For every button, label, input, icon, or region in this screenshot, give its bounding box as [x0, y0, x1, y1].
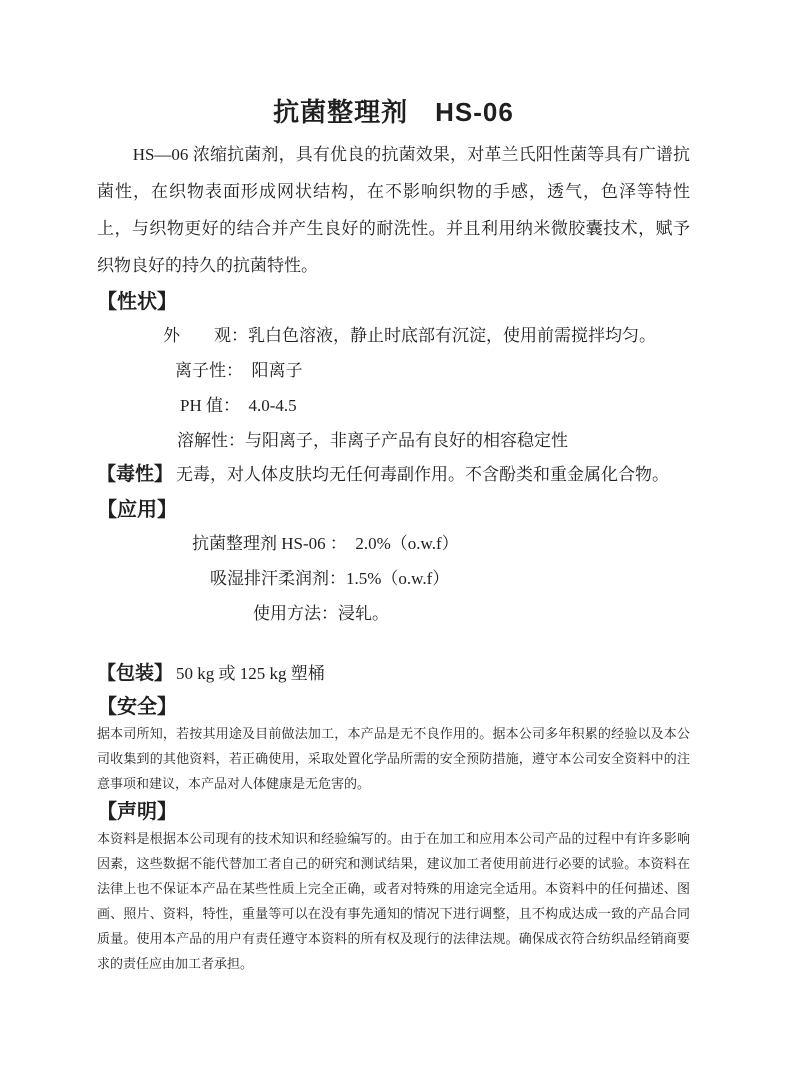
intro-paragraph: HS—06 浓缩抗菌剂，具有优良的抗菌效果，对革兰氏阳性菌等具有广谱抗菌性，在织…: [97, 136, 690, 284]
declaration-paragraph: 本资料是根据本公司现有的技术知识和经验编写的。由于在加工和应用本公司产品的过程中…: [97, 826, 690, 976]
section-packaging: 【包装】50 kg 或 125 kg 塑桶: [97, 657, 690, 691]
page-title: 抗菌整理剂 HS-06: [97, 94, 690, 130]
section-gap: [97, 631, 690, 657]
property-appearance: 外 观：乳白色溶液，静止时底部有沉淀，使用前需搅拌均匀。: [97, 318, 690, 353]
packaging-text: 50 kg 或 125 kg 塑桶: [176, 664, 325, 683]
property-ionicity: 离子性： 阳离子: [97, 353, 690, 388]
application-line-softener-dosage: 吸湿排汗柔润剂：1.5%（o.w.f）: [97, 561, 690, 596]
section-heading-packaging: 【包装】: [97, 663, 173, 684]
toxicity-text: 无毒，对人体皮肤均无任何毒副作用。不含酚类和重金属化合物。: [176, 465, 669, 484]
section-heading-properties: 【性状】: [97, 286, 690, 318]
section-heading-application: 【应用】: [97, 494, 690, 526]
section-heading-toxicity: 【毒性】: [97, 464, 173, 485]
safety-paragraph: 据本司所知，若按其用途及目前做法加工，本产品是无不良作用的。据本公司多年积累的经…: [97, 721, 690, 796]
section-toxicity: 【毒性】无毒，对人体皮肤均无任何毒副作用。不含酚类和重金属化合物。: [97, 458, 690, 492]
property-ph-value: PH 值： 4.0-4.5: [97, 388, 690, 423]
property-solubility: 溶解性：与阳离子，非离子产品有良好的相容稳定性: [97, 423, 690, 458]
section-heading-declaration: 【声明】: [97, 798, 690, 826]
document-page: 抗菌整理剂 HS-06 HS—06 浓缩抗菌剂，具有优良的抗菌效果，对革兰氏阳性…: [0, 0, 787, 1086]
section-heading-safety: 【安全】: [97, 693, 690, 721]
application-line-usage-method: 使用方法：浸轧。: [97, 596, 690, 631]
application-line-antibacterial-dosage: 抗菌整理剂 HS-06 ： 2.0%（o.w.f）: [97, 526, 690, 561]
